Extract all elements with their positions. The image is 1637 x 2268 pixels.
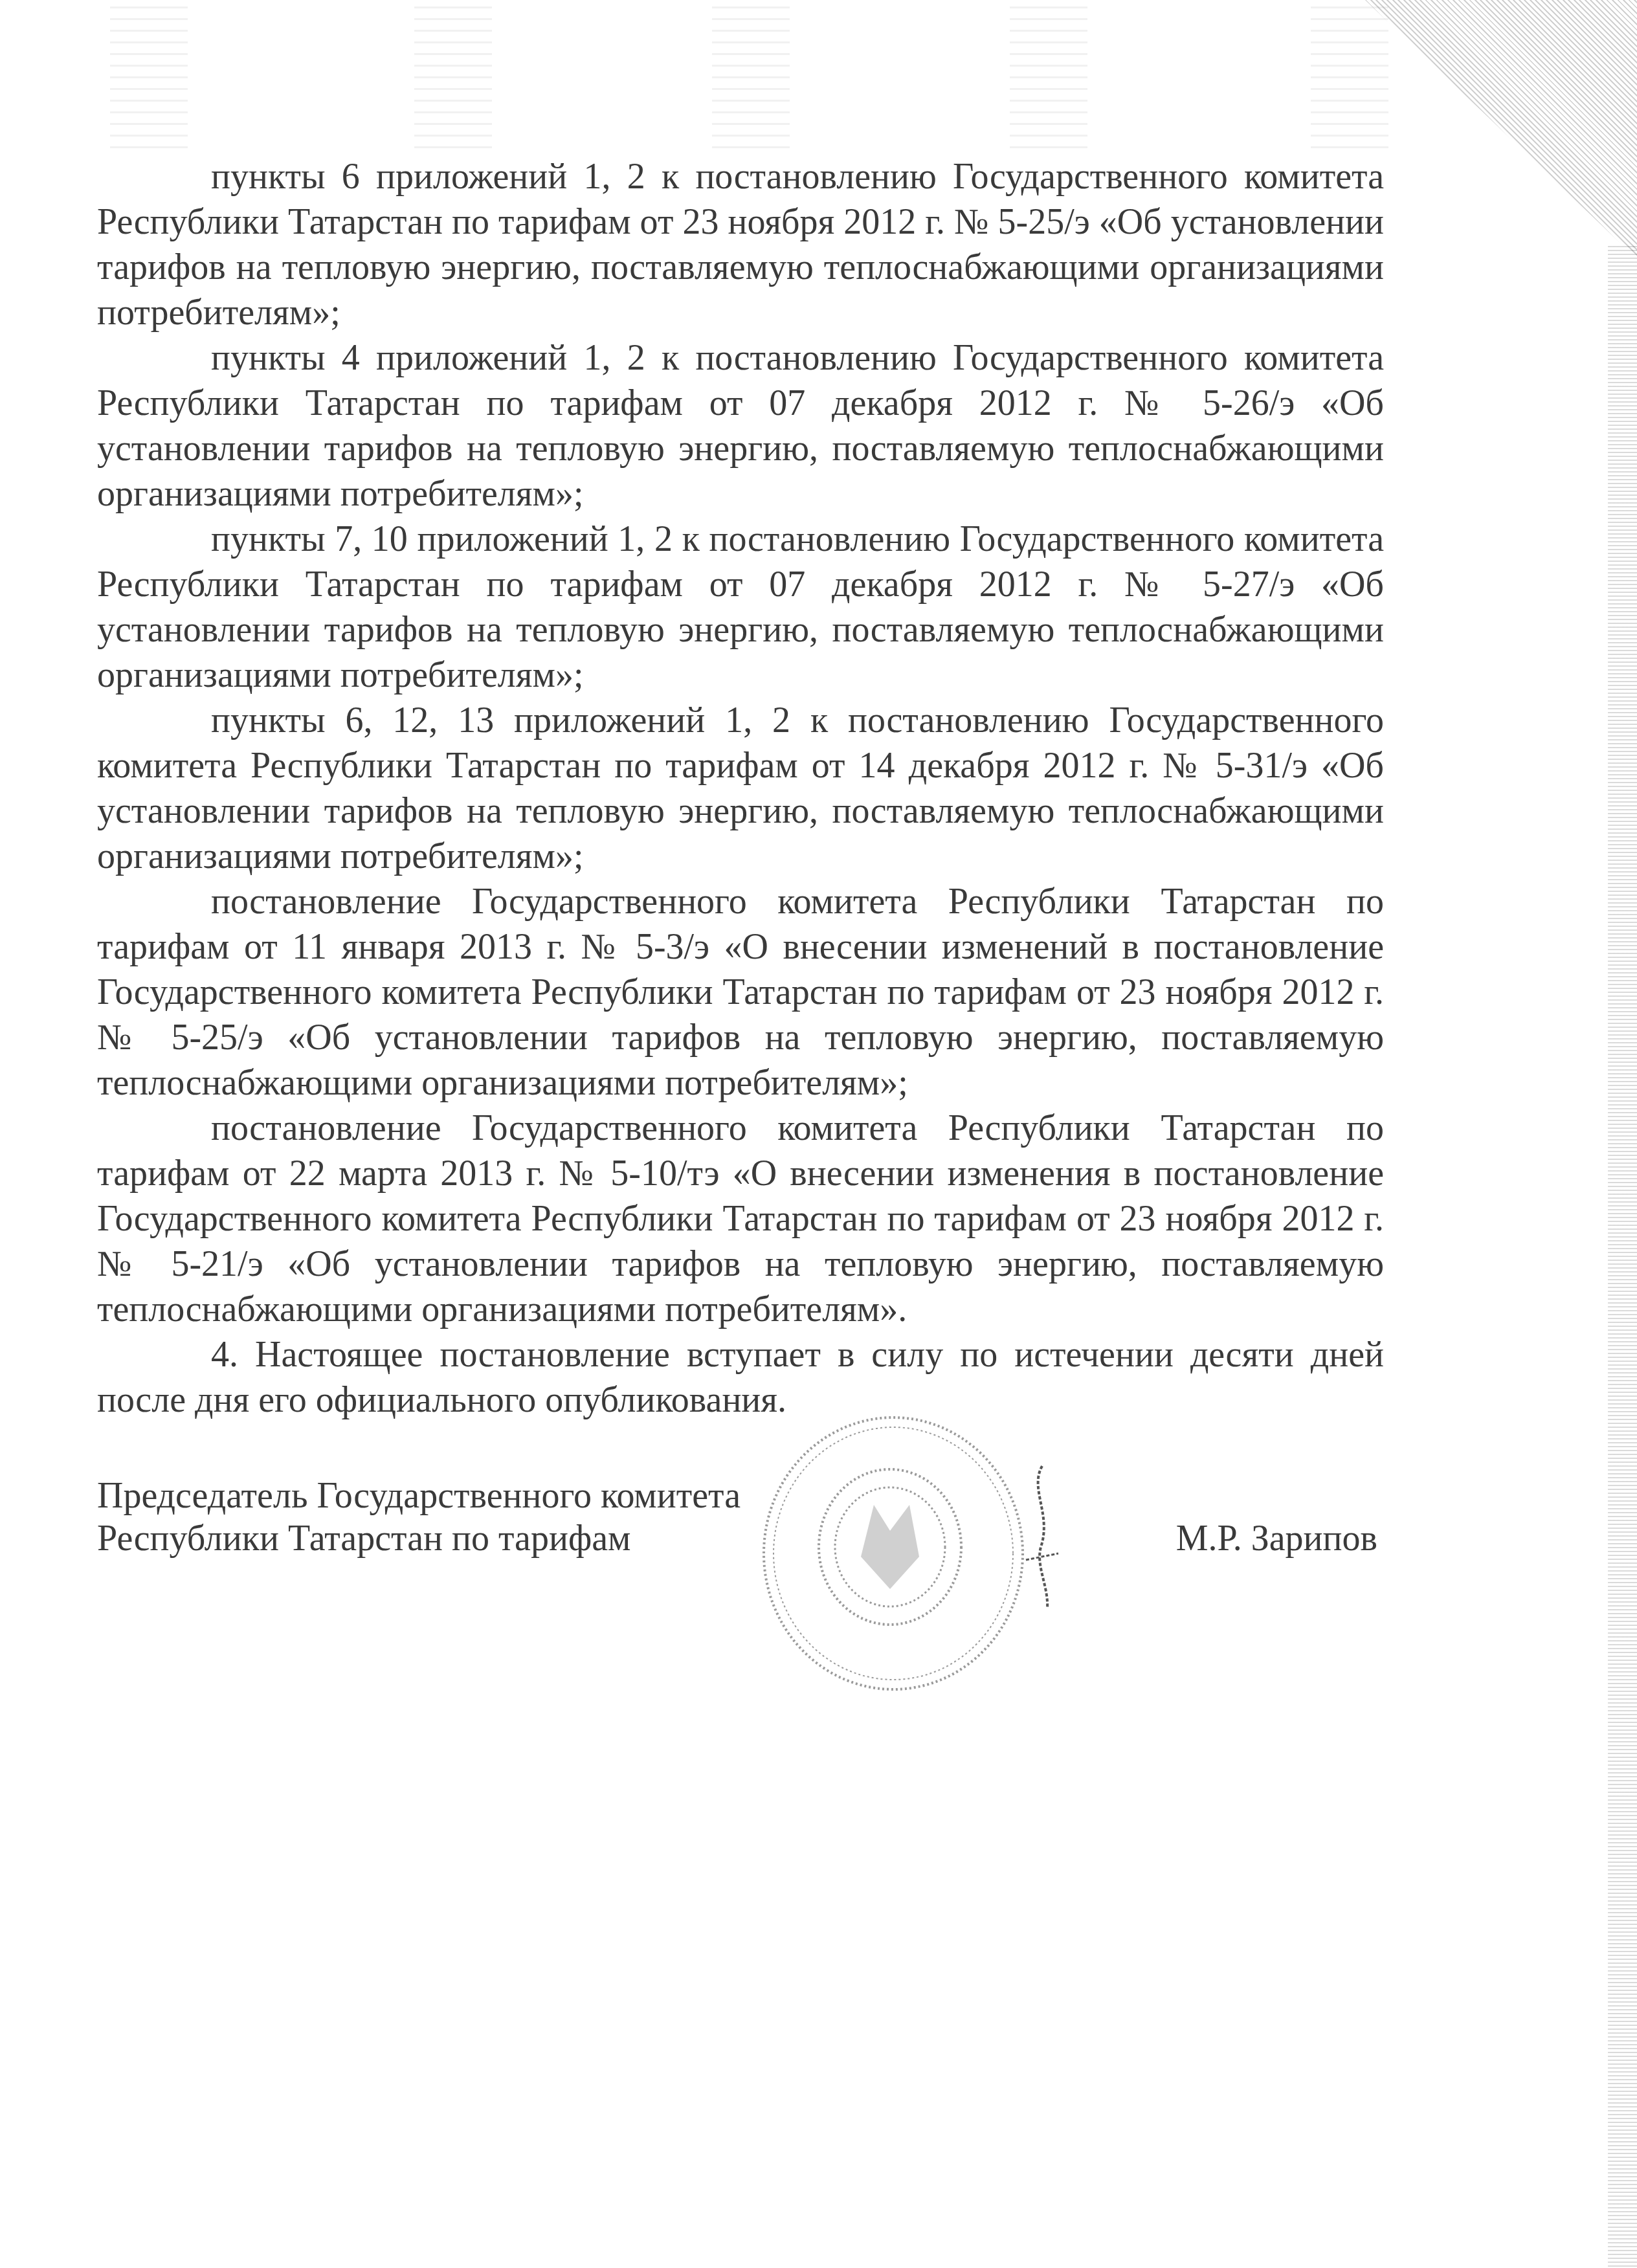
scan-edge-shadow	[1608, 246, 1637, 2268]
paragraph-effective-date: 4. Настоящее постановление вступает в си…	[97, 1332, 1384, 1423]
signature-block: Председатель Государственного комитета Р…	[97, 1474, 1384, 1560]
folded-corner	[1365, 0, 1637, 259]
paragraph-item-6-5-25: пункты 6 приложений 1, 2 к постановлению…	[97, 154, 1384, 335]
paragraph-item-6-12-13-5-31: пункты 6, 12, 13 приложений 1, 2 к поста…	[97, 698, 1384, 879]
signatory-position-line-1: Председатель Государственного комитета	[97, 1474, 1384, 1517]
paragraph-item-4-5-26: пункты 4 приложений 1, 2 к постановлению…	[97, 335, 1384, 517]
reverse-side-bleed	[0, 0, 1385, 162]
paragraph-item-7-10-5-27: пункты 7, 10 приложений 1, 2 к постановл…	[97, 517, 1384, 698]
paragraph-resolution-5-10: постановление Государственного комитета …	[97, 1106, 1384, 1332]
paragraph-resolution-5-3: постановление Государственного комитета …	[97, 879, 1384, 1106]
signatory-name: М.Р. Зарипов	[1176, 1517, 1377, 1560]
document-body: пункты 6 приложений 1, 2 к постановлению…	[97, 154, 1384, 1423]
